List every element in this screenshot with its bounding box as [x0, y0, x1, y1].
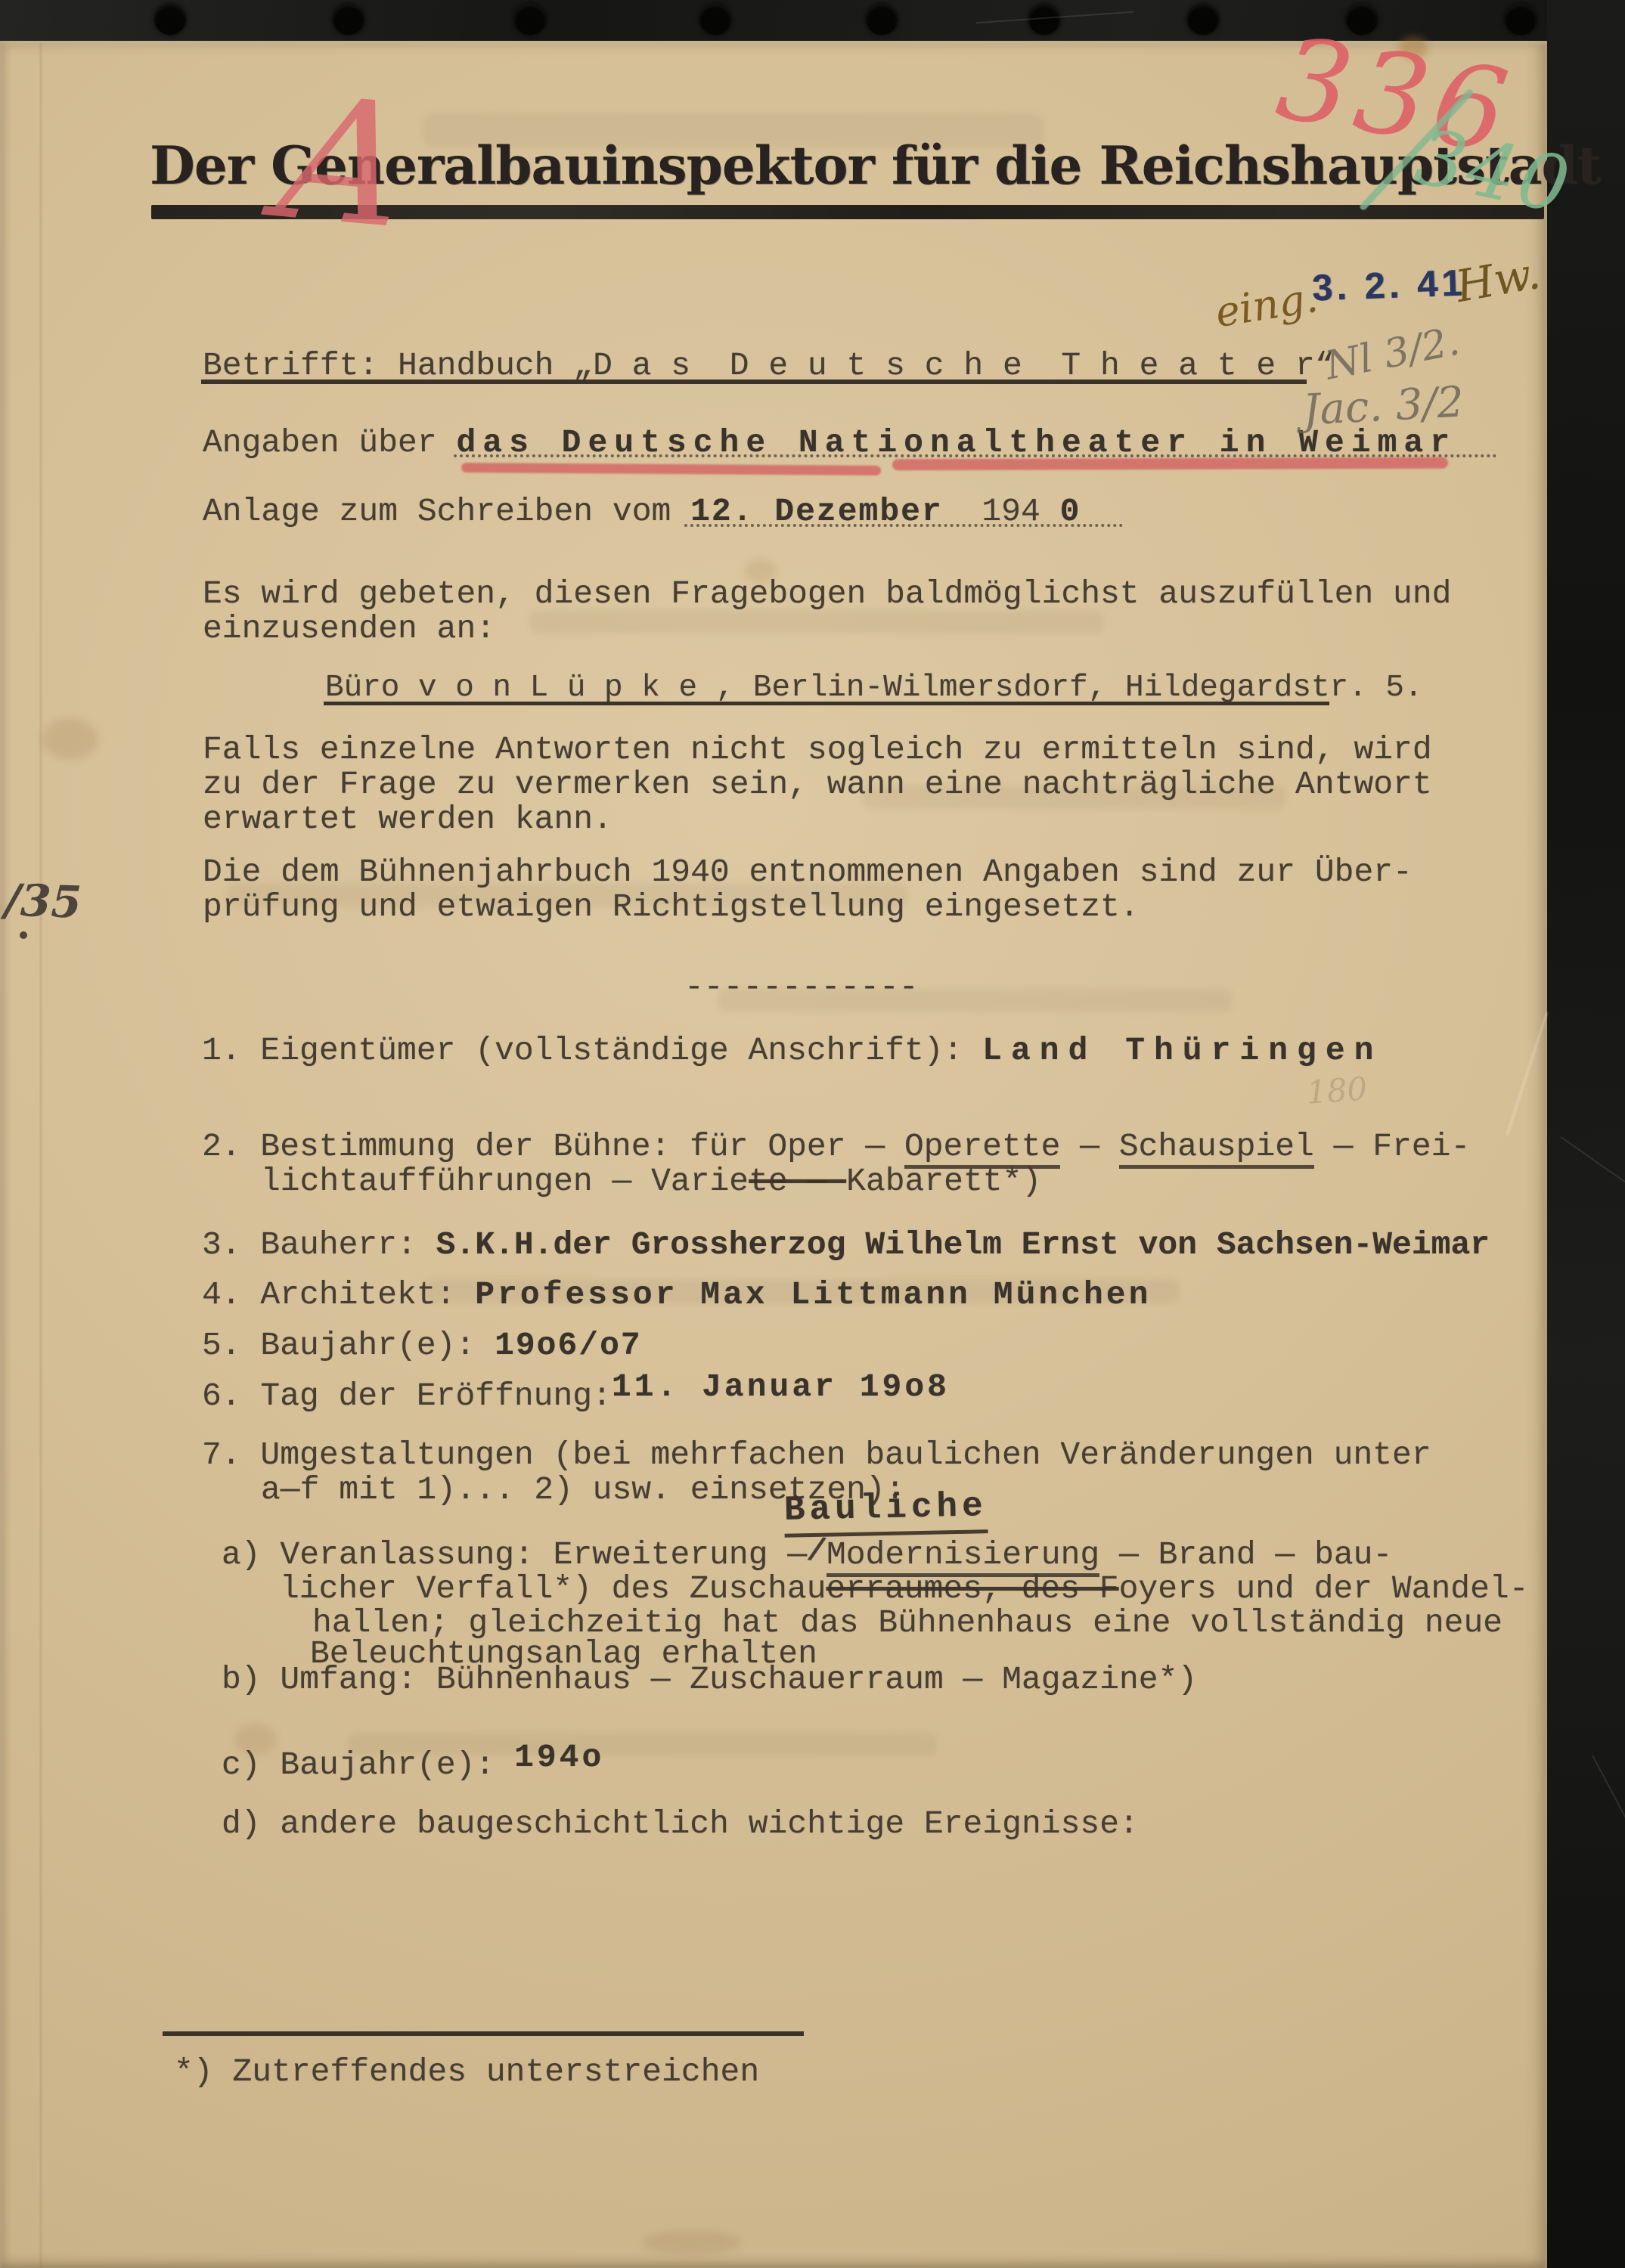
- inserted-word-bauliche: Bauliche: [783, 1484, 988, 1537]
- punch-hole: [514, 4, 546, 35]
- punch-hole: [699, 4, 731, 35]
- paper-fold-line: [40, 42, 42, 2268]
- address-underline: [324, 702, 1329, 705]
- question-1-answer: Land Thüringen: [982, 1032, 1382, 1069]
- footnote-text: *) Zutreffendes unterstreichen: [174, 2051, 759, 2093]
- question-2-dash: —: [1060, 1128, 1118, 1165]
- punch-hole: [154, 4, 186, 35]
- red-crayon-underline: [892, 457, 1448, 471]
- question-5: 5. Baujahr(e): 19o6/o7: [202, 1325, 642, 1367]
- question-7c: c) Baujahr(e): 194o: [222, 1744, 604, 1786]
- binder-dark-right-edge: [1547, 0, 1625, 2268]
- punch-hole: [333, 4, 364, 35]
- margin-folio-note: /35: [4, 874, 82, 928]
- punch-hole: [866, 4, 898, 35]
- question-4-label: 4. Architekt:: [202, 1276, 475, 1313]
- subject-label: Betrifft: Handbuch: [203, 347, 573, 384]
- option-variete-struck: te —: [749, 1163, 846, 1200]
- jahrbuch-line-2: prüfung und etwaigen Richtigstellung ein…: [203, 886, 1140, 928]
- question-3-label: 3. Bauherr:: [202, 1226, 436, 1263]
- punch-hole: [1187, 4, 1219, 35]
- question-6-label: 6. Tag der Eröffnung:: [202, 1377, 612, 1414]
- question-1-label: 1. Eigentümer (vollständige Anschrift):: [202, 1032, 982, 1069]
- question-6: 6. Tag der Eröffnung:11. Januar 19o8: [202, 1375, 950, 1417]
- question-3: 3. Bauherr: S.K.H.der Grossherzog Wilhel…: [202, 1224, 1490, 1266]
- anlage-label: Anlage zum Schreiben vom: [203, 493, 690, 530]
- pencil-registry-note-2: Jac. 3/2: [1301, 377, 1465, 435]
- footnote-rule: [163, 2031, 804, 2036]
- question-2-line-2: lichtaufführungen — Variete — Kabarett*): [261, 1160, 1041, 1203]
- question-2-post: — Frei-: [1314, 1128, 1470, 1165]
- dashed-separator: ------------: [684, 966, 919, 1009]
- subject-title-quoted: „D a s D e u t s c h e T h e a t e r“: [573, 347, 1334, 384]
- angaben-label: Angaben über: [203, 424, 456, 461]
- question-1: 1. Eigentümer (vollständige Anschrift): …: [202, 1030, 1382, 1072]
- question-5-label: 5. Baujahr(e):: [202, 1327, 495, 1364]
- question-2-pre: 2. Bestimmung der Bühne: für Oper —: [202, 1128, 904, 1165]
- question-7c-label: c) Baujahr(e):: [222, 1746, 514, 1783]
- question-2-line2-post: Kabarett*): [846, 1163, 1041, 1200]
- question-3-answer: S.K.H.der Grossherzog Wilhelm Ernst von …: [436, 1226, 1490, 1263]
- anlage-dotted-fill-line: [684, 524, 1123, 527]
- punch-hole: [1505, 4, 1537, 35]
- question-6-answer: 11. Januar 19o8: [612, 1368, 950, 1405]
- margin-pencil-dot: [20, 931, 27, 939]
- paper-stain: [643, 2230, 741, 2254]
- request-line-2: einzusenden an:: [203, 608, 495, 650]
- question-4: 4. Architekt: Professor Max Littmann Mün…: [202, 1274, 1151, 1316]
- question-5-answer: 19o6/o7: [495, 1327, 642, 1364]
- date-received-stamp: 3. 2. 41: [1311, 262, 1466, 309]
- subject-underline: [201, 380, 1307, 384]
- faint-ghost-note: 180: [1305, 1070, 1368, 1111]
- question-4-answer: Professor Max Littmann München: [475, 1276, 1151, 1313]
- question-7c-answer: 194o: [514, 1739, 604, 1776]
- paper-stain: [42, 718, 98, 760]
- falls-line-3: erwartet werden kann.: [203, 798, 612, 841]
- option-schauspiel-underlined: Schauspiel: [1119, 1128, 1314, 1169]
- question-7d: d) andere baugeschichtlich wichtige Erei…: [222, 1803, 1139, 1845]
- question-7b: b) Umfang: Bühnenhaus — Zuschauerraum — …: [222, 1659, 1197, 1701]
- question-2-line2-pre: lichtaufführungen — Varie: [261, 1163, 749, 1200]
- scanned-document-page: Der Generalbauinspektor für die Reichsha…: [0, 0, 1625, 2268]
